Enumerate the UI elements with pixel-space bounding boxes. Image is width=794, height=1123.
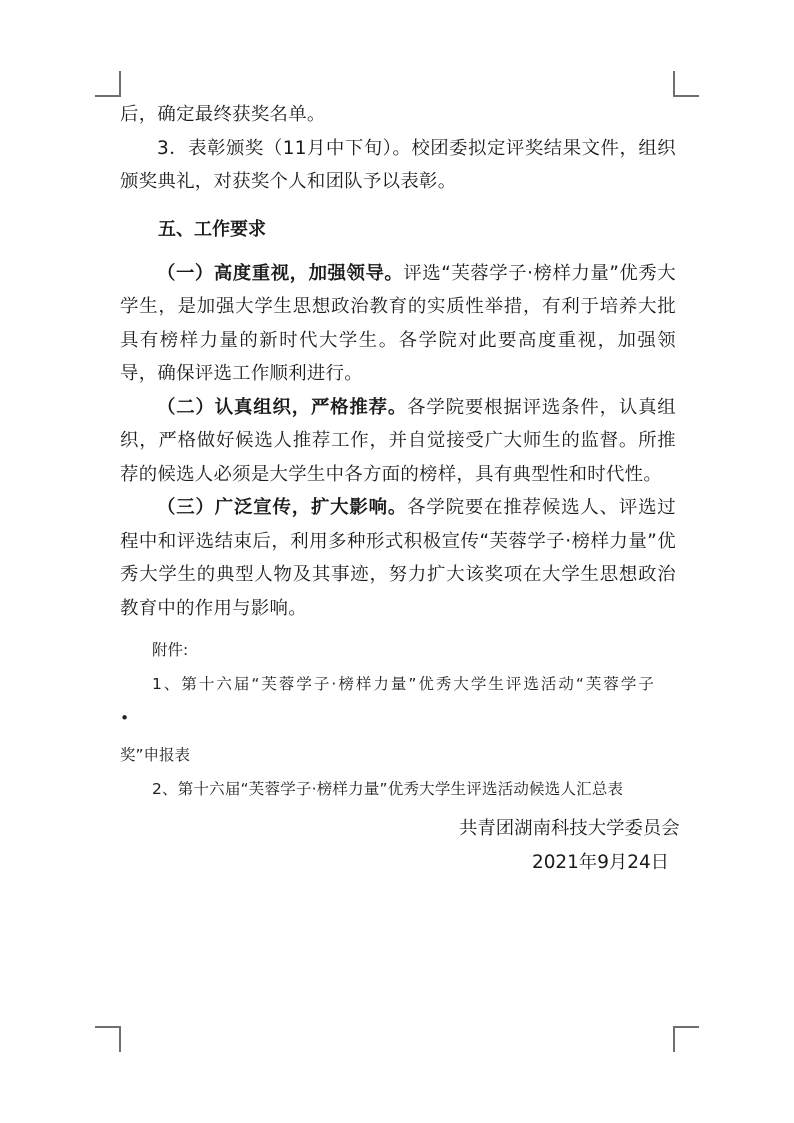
crop-mark-top-right-horizontal <box>673 95 699 97</box>
section-heading: 五、工作要求 <box>120 215 676 245</box>
crop-mark-top-left-vertical <box>119 71 121 97</box>
attachment-item-1-line1: 1、第十六届“芙蓉学子·榜样力量”优秀大学生评选活动“芙蓉学子 • <box>120 675 656 727</box>
requirement-title: （二）认真组织，严格推荐。 <box>157 397 407 418</box>
truncated-char-mark: · <box>131 716 134 725</box>
attachment-item-1: 1、第十六届“芙蓉学子·榜样力量”优秀大学生评选活动“芙蓉学子 •· <box>120 667 676 738</box>
crop-mark-bottom-left-horizontal <box>95 1026 121 1028</box>
opening-line: 后，确定最终获奖名单。 <box>120 98 676 132</box>
step-3-paragraph: 3．表彰颁奖（11月中下旬）。校团委拟定评奖结果文件，组织颁奖典礼，对获奖个人和… <box>120 132 676 199</box>
requirement-title: （三）广泛宣传，扩大影响。 <box>157 497 407 518</box>
crop-mark-top-left-horizontal <box>95 95 121 97</box>
signature-organization: 共青团湖南科技大学委员会 <box>459 812 680 846</box>
document-body: 后，确定最终获奖名单。 3．表彰颁奖（11月中下旬）。校团委拟定评奖结果文件，组… <box>120 98 676 806</box>
requirement-title: （一）高度重视，加强领导。 <box>157 263 403 284</box>
crop-mark-bottom-left-vertical <box>119 1026 121 1052</box>
crop-mark-bottom-right-horizontal <box>673 1026 699 1028</box>
requirement-paragraph-1: （一）高度重视，加强领导。评选“芙蓉学子·榜样力量”优秀大学生，是加强大学生思想… <box>120 257 676 391</box>
requirement-paragraph-2: （二）认真组织，严格推荐。各学院要根据评选条件，认真组织，严格做好候选人推荐工作… <box>120 391 676 492</box>
attachment-item-1-continuation: 奖”申报表 <box>120 738 676 772</box>
attachment-item-2: 2、第十六届“芙蓉学子·榜样力量”优秀大学生评选活动候选人汇总表 <box>120 772 676 806</box>
signature-date: 2021年9月24日 <box>532 846 669 880</box>
requirement-paragraph-3: （三）广泛宣传，扩大影响。各学院要在推荐候选人、评选过程中和评选结束后，利用多种… <box>120 491 676 625</box>
crop-mark-top-right-vertical <box>673 71 675 97</box>
attachments-label: 附件: <box>120 633 676 667</box>
crop-mark-bottom-right-vertical <box>673 1026 675 1052</box>
